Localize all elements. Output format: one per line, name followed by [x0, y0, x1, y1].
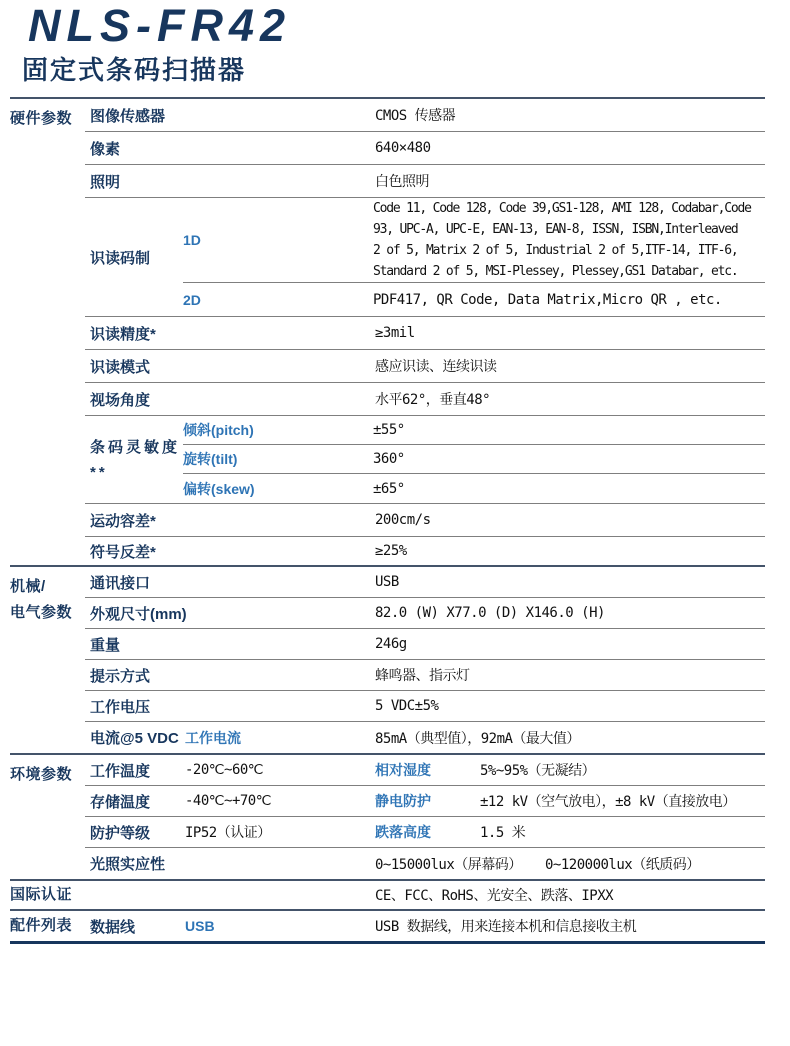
row-voltage: 工作电压 5 VDC±5%	[85, 691, 765, 722]
row-value: 5 VDC±5%	[375, 698, 765, 714]
subrow-skew: 偏转(skew) ±65°	[183, 474, 765, 503]
section-environment: 环境参数 工作温度 -20℃~60℃ 相对湿度 5%~95%（无凝结） 存储温度…	[10, 753, 765, 879]
row-label: 存储温度	[90, 791, 185, 812]
product-model: NLS-FR42	[28, 2, 790, 50]
row-current: 电流@5 VDC 工作电流 85mA（典型值），92mA（最大值）	[85, 722, 765, 753]
row-label-2: 跌落高度	[375, 822, 480, 842]
row-value-2: 1.5 米	[480, 822, 765, 842]
row-value: 水平62°，垂直48°	[375, 389, 765, 409]
row-label: 光照实应性	[90, 853, 375, 874]
section-mech-elec: 机械/ 电气参数 通讯接口 USB 外观尺寸(mm) 82.0 (W) X77.…	[10, 565, 765, 753]
section-label-mech-elec: 机械/ 电气参数	[10, 567, 85, 753]
row-data-cable: 数据线 USB USB 数据线，用来连接本机和信息接收主机	[85, 911, 765, 941]
row-value: ≥3mil	[375, 325, 765, 341]
row-fov: 视场角度 水平62°，垂直48°	[85, 383, 765, 416]
row-storage-temp: 存储温度 -40℃~+70℃ 静电防护 ±12 kV（空气放电），±8 kV（直…	[85, 786, 765, 817]
row-label: 重量	[90, 634, 375, 655]
subrow-label: 2D	[183, 292, 373, 308]
row-interface: 通讯接口 USB	[85, 567, 765, 598]
row-label: 符号反差*	[90, 541, 375, 562]
row-label: 提示方式	[90, 665, 375, 686]
subrow-value: ±65°	[373, 481, 765, 497]
row-label: 图像传感器	[90, 105, 375, 126]
row-value: 85mA（典型值），92mA（最大值）	[375, 728, 765, 748]
section-label-accessories: 配件列表	[10, 913, 85, 939]
subrow-label: 1D	[183, 232, 373, 248]
subrow-label: 偏转(skew)	[183, 479, 373, 499]
row-value: ≥25%	[375, 543, 765, 559]
row-notification: 提示方式 蜂鸣器、指示灯	[85, 660, 765, 691]
row-scan-mode: 识读模式 感应识读、连续识读	[85, 350, 765, 383]
symbology-subrows: 1D Code 11, Code 128, Code 39,GS1-128, A…	[183, 198, 765, 316]
row-label: 工作电压	[90, 696, 375, 717]
row-label: 运动容差*	[90, 510, 375, 531]
row-image-sensor: 图像传感器 CMOS 传感器	[85, 99, 765, 132]
row-value-2: 5%~95%（无凝结）	[480, 760, 765, 780]
datasheet-page: NLS-FR42 固定式条码扫描器 硬件参数 图像传感器 CMOS 传感器 像素…	[0, 0, 790, 1046]
row-certification: CE、FCC、RoHS、光安全、跌落、IPXX	[85, 881, 765, 909]
subrow-1d: 1D Code 11, Code 128, Code 39,GS1-128, A…	[183, 198, 765, 283]
product-name: 固定式条码扫描器	[22, 54, 790, 86]
row-label: 识读码制	[90, 247, 183, 268]
row-contrast: 符号反差* ≥25%	[85, 537, 765, 565]
row-illumination: 照明 白色照明	[85, 165, 765, 198]
row-symbologies: 识读码制 1D Code 11, Code 128, Code 39,GS1-1…	[85, 198, 765, 317]
row-label: 工作温度	[90, 760, 185, 781]
spec-table: 硬件参数 图像传感器 CMOS 传感器 像素 640×480 照明 白色照明 识…	[10, 97, 765, 944]
section-accessories: 配件列表 数据线 USB USB 数据线，用来连接本机和信息接收主机	[10, 909, 765, 941]
row-label-2: 相对湿度	[375, 760, 480, 780]
row-label: 视场角度	[90, 389, 375, 410]
accessories-rows: 数据线 USB USB 数据线，用来连接本机和信息接收主机	[85, 911, 765, 941]
row-dimensions: 外观尺寸(mm) 82.0 (W) X77.0 (D) X146.0 (H)	[85, 598, 765, 629]
row-pixels: 像素 640×480	[85, 132, 765, 165]
row-ip-rating: 防护等级 IP52（认证） 跌落高度 1.5 米	[85, 817, 765, 848]
row-value: 200cm/s	[375, 512, 765, 528]
row-value: IP52（认证）	[185, 822, 375, 842]
row-precision: 识读精度* ≥3mil	[85, 317, 765, 350]
row-value: 感应识读、连续识读	[375, 356, 765, 376]
row-label: 数据线	[90, 916, 185, 937]
subrow-label: 旋转(tilt)	[183, 449, 373, 469]
section-hardware: 硬件参数 图像传感器 CMOS 传感器 像素 640×480 照明 白色照明 识…	[10, 99, 765, 565]
row-weight: 重量 246g	[85, 629, 765, 660]
row-value: USB 数据线，用来连接本机和信息接收主机	[375, 916, 765, 936]
certification-rows: CE、FCC、RoHS、光安全、跌落、IPXX	[85, 881, 765, 909]
section-label-environment: 环境参数	[10, 755, 85, 879]
row-sensitivity: 条码灵敏度 ** 倾斜(pitch) ±55° 旋转(tilt) 360° 偏转…	[85, 416, 765, 504]
row-sublabel: USB	[185, 918, 375, 934]
row-label: 电流@5 VDC	[90, 727, 185, 748]
row-value: USB	[375, 574, 765, 590]
row-value: 蜂鸣器、指示灯	[375, 665, 765, 685]
subrow-value: PDF417, QR Code, Data Matrix,Micro QR , …	[373, 292, 765, 308]
section-label-certification: 国际认证	[10, 882, 85, 908]
subrow-tilt: 旋转(tilt) 360°	[183, 445, 765, 474]
row-value: 0~15000lux（屏幕码）	[375, 854, 545, 874]
section-label-hardware: 硬件参数	[10, 99, 85, 565]
row-light-immunity: 光照实应性 0~15000lux（屏幕码） 0~120000lux（纸质码）	[85, 848, 765, 879]
subrow-2d: 2D PDF417, QR Code, Data Matrix,Micro QR…	[183, 283, 765, 316]
subrow-pitch: 倾斜(pitch) ±55°	[183, 416, 765, 445]
environment-rows: 工作温度 -20℃~60℃ 相对湿度 5%~95%（无凝结） 存储温度 -40℃…	[85, 755, 765, 879]
row-sublabel: 工作电流	[185, 728, 375, 748]
row-value: CMOS 传感器	[375, 105, 765, 125]
row-value: -40℃~+70℃	[185, 793, 375, 809]
row-label: 像素	[90, 138, 375, 159]
row-value: 640×480	[375, 140, 765, 156]
row-label: 通讯接口	[90, 572, 375, 593]
row-value: 82.0 (W) X77.0 (D) X146.0 (H)	[375, 605, 765, 621]
subrow-value: 360°	[373, 451, 765, 467]
row-label: 识读模式	[90, 356, 375, 377]
row-value: CE、FCC、RoHS、光安全、跌落、IPXX	[375, 885, 765, 905]
row-operating-temp: 工作温度 -20℃~60℃ 相对湿度 5%~95%（无凝结）	[85, 755, 765, 786]
row-value-2: 0~120000lux（纸质码）	[545, 854, 765, 874]
section-certification: 国际认证 CE、FCC、RoHS、光安全、跌落、IPXX	[10, 879, 765, 909]
row-label: 条码灵敏度 **	[90, 435, 183, 485]
row-value: -20℃~60℃	[185, 762, 375, 778]
row-label: 识读精度*	[90, 323, 375, 344]
row-label: 外观尺寸(mm)	[90, 603, 375, 624]
row-label: 防护等级	[90, 822, 185, 843]
mech-elec-rows: 通讯接口 USB 外观尺寸(mm) 82.0 (W) X77.0 (D) X14…	[85, 567, 765, 753]
row-value-2: ±12 kV（空气放电），±8 kV（直接放电）	[480, 791, 765, 811]
row-motion: 运动容差* 200cm/s	[85, 504, 765, 537]
subrow-value: Code 11, Code 128, Code 39,GS1-128, AMI …	[373, 198, 765, 282]
row-value: 246g	[375, 636, 765, 652]
subrow-value: ±55°	[373, 422, 765, 438]
subrow-label: 倾斜(pitch)	[183, 420, 373, 440]
sensitivity-subrows: 倾斜(pitch) ±55° 旋转(tilt) 360° 偏转(skew) ±6…	[183, 416, 765, 503]
row-value: 白色照明	[375, 171, 765, 191]
page-header: NLS-FR42 固定式条码扫描器	[0, 0, 790, 86]
hardware-rows: 图像传感器 CMOS 传感器 像素 640×480 照明 白色照明 识读码制 1…	[85, 99, 765, 565]
row-label: 照明	[90, 171, 375, 192]
row-label-2: 静电防护	[375, 791, 480, 811]
